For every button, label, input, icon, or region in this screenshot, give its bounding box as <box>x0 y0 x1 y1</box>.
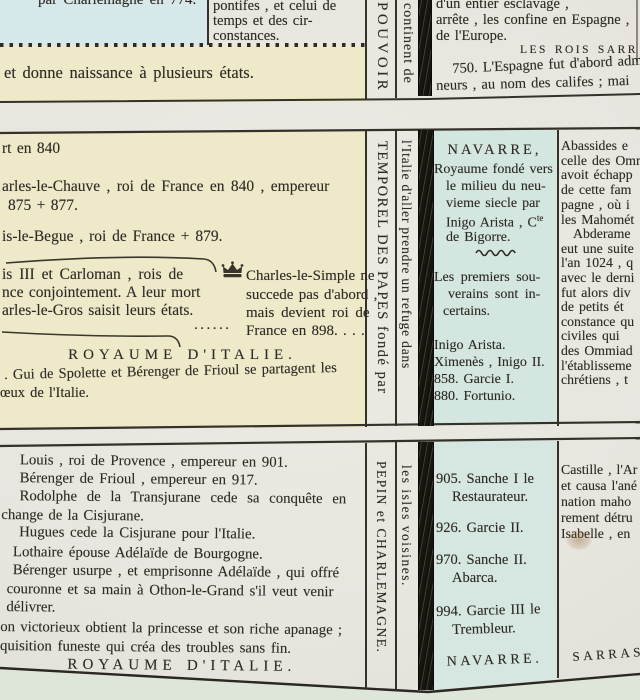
italy-kings-line-9: délivrer. <box>6 600 55 616</box>
strip-italie-label: l'Italie d'aller prendre un refuge dans <box>398 140 414 369</box>
top-dark-bar <box>418 0 432 96</box>
top-strip-line-b <box>395 0 397 98</box>
strip-isles-label: les isles voisines. <box>398 465 414 587</box>
mid-right-divider-line <box>557 130 559 426</box>
bottom-right-divider-line <box>557 441 559 678</box>
abassides-column-line-10: avec le derni <box>561 271 634 285</box>
navarre-list-line-4: 880. Fortunio. <box>434 390 515 405</box>
abassides-column-line-7: Abderame <box>573 227 630 241</box>
crown-icon <box>221 261 244 279</box>
navarre-list-line-2: Ximenès , Inigo II. <box>434 356 545 371</box>
top-strip-line-a <box>365 0 367 99</box>
charles-le-simple-line-4: France en 898. . . . <box>246 324 365 340</box>
navarre-entry-line-2: Restaurateur. <box>452 490 528 505</box>
navarre-title: NAVARRE, <box>432 143 557 158</box>
navarre-entry-line-6: 994. Garcie III le <box>436 602 541 620</box>
navarre-entry-line-1: 905. Sanche I le <box>436 472 534 487</box>
carloman-block-line-1: is III et Carloman , rois de <box>2 267 183 283</box>
italy-kings-line-10: on victorieux obtient la princesse et so… <box>0 620 342 639</box>
mid-dark-bar <box>418 130 434 426</box>
charles-le-chauve-line: arles-le-Chauve , roi de France en 840 ,… <box>2 179 329 195</box>
abassides-column-line-5: pagne , où i <box>561 198 630 212</box>
paper-stain <box>566 530 592 550</box>
navarre-list-line-1: Inigo Arista. <box>434 339 506 354</box>
italy-kings-line-3: Rodolphe de la Transjurane cede sa conqu… <box>19 489 346 508</box>
pontifes-column-line-3: constances. <box>213 29 279 44</box>
charlemagne-line: par Charlemagne en 774. <box>38 0 196 9</box>
castille-column-line-3: nation maho <box>561 495 631 509</box>
italy-kings-line-4: change de la Cisjurane. <box>1 508 144 525</box>
comte-superscript: te <box>537 213 544 223</box>
abassides-column-line-4: de cette fam <box>561 183 631 197</box>
italy-kings-block: Louis , roi de Provence , empereur en 90… <box>0 445 372 681</box>
pontifes-column-line-2: temps et des cir- <box>213 14 313 29</box>
strip-continent-label: continent de <box>399 3 415 84</box>
castille-column-line-1: Castille , l'Ar <box>561 463 637 477</box>
squiggle-divider <box>474 247 520 257</box>
navarre-uncertain-line-3: certains. <box>443 305 490 320</box>
sarrasins-intro-line-1: d'un entier esclavage , <box>436 0 569 12</box>
navarre-entry-line-7: Trembleur. <box>452 621 516 638</box>
gui-de-spolette-line-2: œux de l'Italie. <box>0 386 89 401</box>
abassides-column-line-17: chrétiens , t <box>561 373 628 387</box>
abassides-column-line-9: l'an 1024 , q <box>561 256 633 270</box>
italy-kings-line-11: quisition funeste qui créa des troubles … <box>0 639 291 657</box>
dotted-separator <box>0 43 366 47</box>
abassides-column-line-12: de petits ét <box>561 300 624 314</box>
bottom-dark-bar <box>418 442 434 690</box>
italy-kings-line-5: Hugues cede la Cisjurane pour l'Italie. <box>19 525 255 543</box>
charles-le-simple-line-2: succede pas d'abord , <box>246 288 377 304</box>
castille-column-line-4: rement détru <box>561 511 633 525</box>
naissance-band-line: et donne naissance à plusieurs états. <box>4 64 254 81</box>
navarre-para-line-1: Royaume fondé vers <box>434 163 553 178</box>
italy-kings-line-8: couronne et sa main à Othon-le-Grand s'i… <box>7 582 334 601</box>
abassides-column-line-3: avoit échapp <box>561 168 633 182</box>
mid-strip-line-b <box>395 130 397 426</box>
charles-le-simple-line-3: mais devient roi de <box>246 306 370 322</box>
abassides-column-line-15: des Ommiad <box>561 344 633 358</box>
dates-875-877-line: 875 + 877. <box>8 198 78 214</box>
navarre-para-line-5: de Bigorre. <box>446 231 510 246</box>
navarre-entry-line-3: 926. Garcie II. <box>436 521 524 536</box>
navarre-para-line-4: Inigo Arista , Cte <box>446 214 543 231</box>
bottom-strip-line-b <box>395 442 397 690</box>
carloman-block-line-3: arles-le-Gros saisit leurs états. <box>2 303 193 319</box>
castille-column-line-2: et causa l'ané <box>561 479 637 493</box>
leader-dots: ...... <box>194 318 232 334</box>
sarrasins-intro-line-2: arrête , les confine en Espagne , <box>436 13 629 28</box>
royaume-italie-header-bottom: ROYAUME D'ITALIE. <box>0 657 366 676</box>
espagne-califes-line: neurs , au nom des califes ; mai <box>436 74 630 94</box>
italy-kings-line-7: Bérenger usurpe , et emprisonne Adélaïde… <box>13 563 339 582</box>
navarre-para-line-2: le milieu du neu- <box>446 180 546 195</box>
navarre-uncertain-line-1: Les premiers sou- <box>434 271 540 286</box>
italy-kings-line-6: Lothaire épouse Adélaïde de Bourgogne. <box>13 545 263 563</box>
atlas-page: par Charlemagne en 774. pontifes , et ce… <box>0 0 640 700</box>
navarre-uncertain-line-2: verains sont in- <box>448 288 540 303</box>
meurt-840-line: rt en 840 <box>2 141 60 157</box>
navarre-para-line-3: vieme siecle par <box>446 197 540 212</box>
navarre-entry-line-5: Abarca. <box>452 571 497 586</box>
navarre-list-line-3: 858. Garcie I. <box>434 373 514 388</box>
strip-temporel-label: TEMPOREL DES PAPES fondé par <box>373 141 390 395</box>
top-blue-divider-line <box>207 0 209 45</box>
carloman-block-line-2: nce conjointement. A leur mort <box>2 285 200 301</box>
italy-kings-line-2: Bérenger de Frioul , empereur en 917. <box>20 471 258 489</box>
sarrasins-footer: SARRASIN <box>572 644 640 664</box>
strip-pepin-label: PEPIN et CHARLEMAGNE. <box>373 461 389 653</box>
charles-le-simple-line-1: Charles-le-Simple ne <box>246 269 375 285</box>
navarre-entry-line-4: 970. Sanche II. <box>436 553 527 568</box>
strip-pouvoir-label: POUVOIR <box>373 2 390 93</box>
italy-kings-line-1: Louis , roi de Provence , empereur en 90… <box>20 453 288 471</box>
sarrasins-intro-line-3: de l'Europe. <box>436 29 507 44</box>
louis-le-begue-line: is-le-Begue , roi de France + 879. <box>2 229 222 245</box>
abassides-column-line-1: Abassides e <box>561 139 628 153</box>
abassides-column-line-14: civiles qui <box>561 329 620 343</box>
